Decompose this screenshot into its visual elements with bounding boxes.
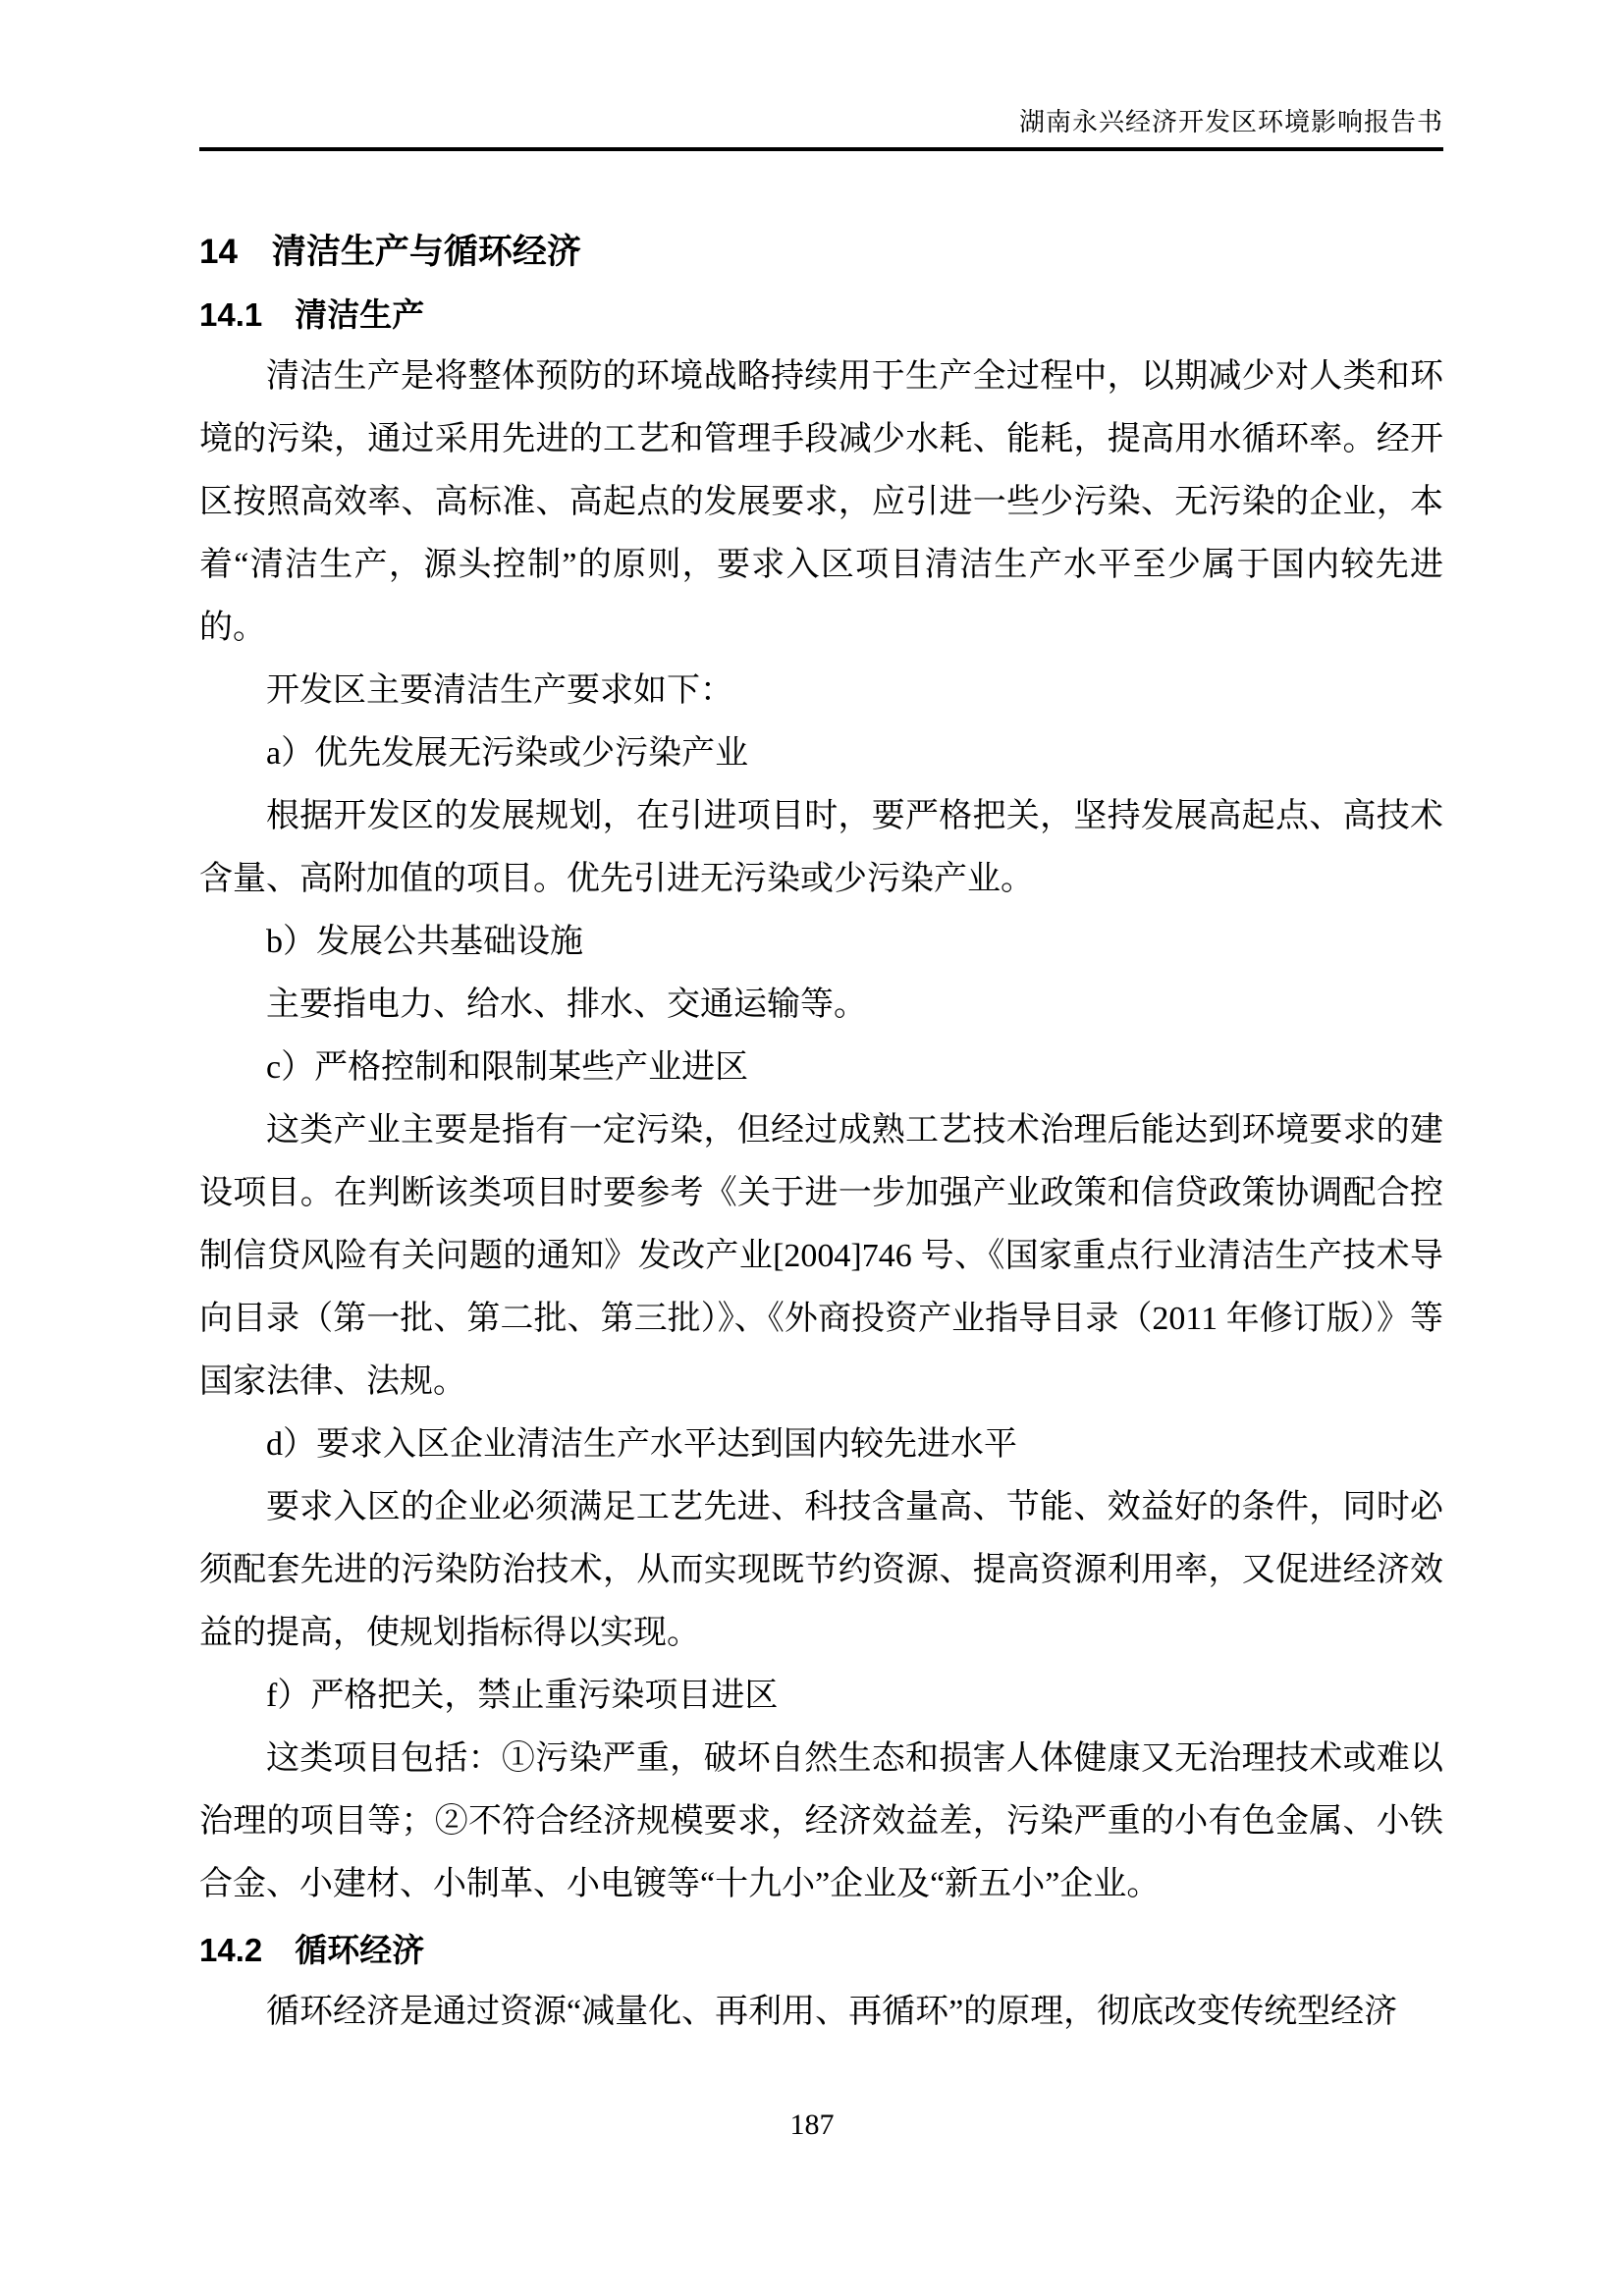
- page-content: 湖南永兴经济开发区环境影响报告书 14 清洁生产与循环经济 14.1 清洁生产 …: [199, 0, 1443, 2044]
- list-item-f: f）严格把关，禁止重污染项目进区: [199, 1665, 1443, 1728]
- heading-section-14-2: 14.2 循环经济: [199, 1930, 1443, 1971]
- page-number: 187: [0, 2107, 1624, 2144]
- paragraph-item-f-detail: 这类项目包括：①污染严重，破坏自然生态和损害人体健康又无治理技术或难以治理的项目…: [199, 1728, 1443, 1916]
- paragraph-requirements-lead: 开发区主要清洁生产要求如下：: [199, 660, 1443, 722]
- paragraph-item-d-detail: 要求入区的企业必须满足工艺先进、科技含量高、节能、效益好的条件，同时必须配套先进…: [199, 1476, 1443, 1665]
- list-item-b: b）发展公共基础设施: [199, 911, 1443, 974]
- paragraph-clean-production-intro: 清洁生产是将整体预防的环境战略持续用于生产全过程中，以期减少对人类和环境的污染，…: [199, 346, 1443, 660]
- paragraph-item-c-detail: 这类产业主要是指有一定污染，但经过成熟工艺技术治理后能达到环境要求的建设项目。在…: [199, 1099, 1443, 1414]
- list-item-d: d）要求入区企业清洁生产水平达到国内较先进水平: [199, 1414, 1443, 1476]
- document-page: 湖南永兴经济开发区环境影响报告书 14 清洁生产与循环经济 14.1 清洁生产 …: [0, 0, 1624, 2296]
- paragraph-item-b-detail: 主要指电力、给水、排水、交通运输等。: [199, 974, 1443, 1037]
- list-item-a: a）优先发展无污染或少污染产业: [199, 722, 1443, 785]
- heading-section-14: 14 清洁生产与循环经济: [199, 230, 1443, 275]
- header-divider: [199, 147, 1443, 151]
- paragraph-item-a-detail: 根据开发区的发展规划，在引进项目时，要严格把关，坚持发展高起点、高技术含量、高附…: [199, 785, 1443, 911]
- list-item-c: c）严格控制和限制某些产业进区: [199, 1037, 1443, 1099]
- paragraph-circular-economy-intro: 循环经济是通过资源“减量化、再利用、再循环”的原理，彻底改变传统型经济: [199, 1981, 1443, 2044]
- heading-section-14-1: 14.1 清洁生产: [199, 294, 1443, 336]
- page-header-title: 湖南永兴经济开发区环境影响报告书: [199, 0, 1443, 139]
